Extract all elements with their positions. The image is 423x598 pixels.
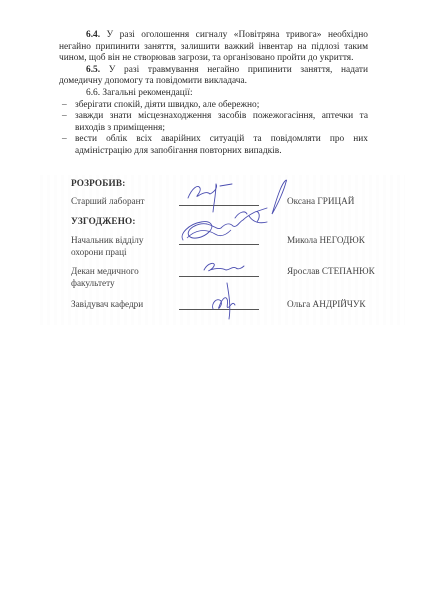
signer-role: Начальник відділу охорони праці [71,235,166,258]
signer-name: Ярослав СТЕПАНЮК [287,266,375,276]
signer-role: Завідувач кафедри [71,299,166,311]
developed-header: РОЗРОБИВ: [71,178,125,188]
signer-name: Оксана ГРИЦАЙ [287,196,354,206]
signer-name: Ольга АНДРІЙЧУК [287,299,366,309]
signature-line [179,309,259,310]
signature-line [179,205,259,206]
signature-line [179,244,259,245]
signer-role: Декан медичного факультету [71,266,166,289]
signer-role: Старший лаборант [71,196,166,208]
signature-block: РОЗРОБИВ: Старший лаборант Оксана ГРИЦАЙ… [0,0,423,598]
document-page: 6.4. У разі оголошення сигналу «Повітрян… [0,0,423,598]
approved-header: УЗГОДЖЕНО: [71,216,136,226]
signature-line [179,276,259,277]
signer-name: Микола НЕГОДЮК [287,235,365,245]
